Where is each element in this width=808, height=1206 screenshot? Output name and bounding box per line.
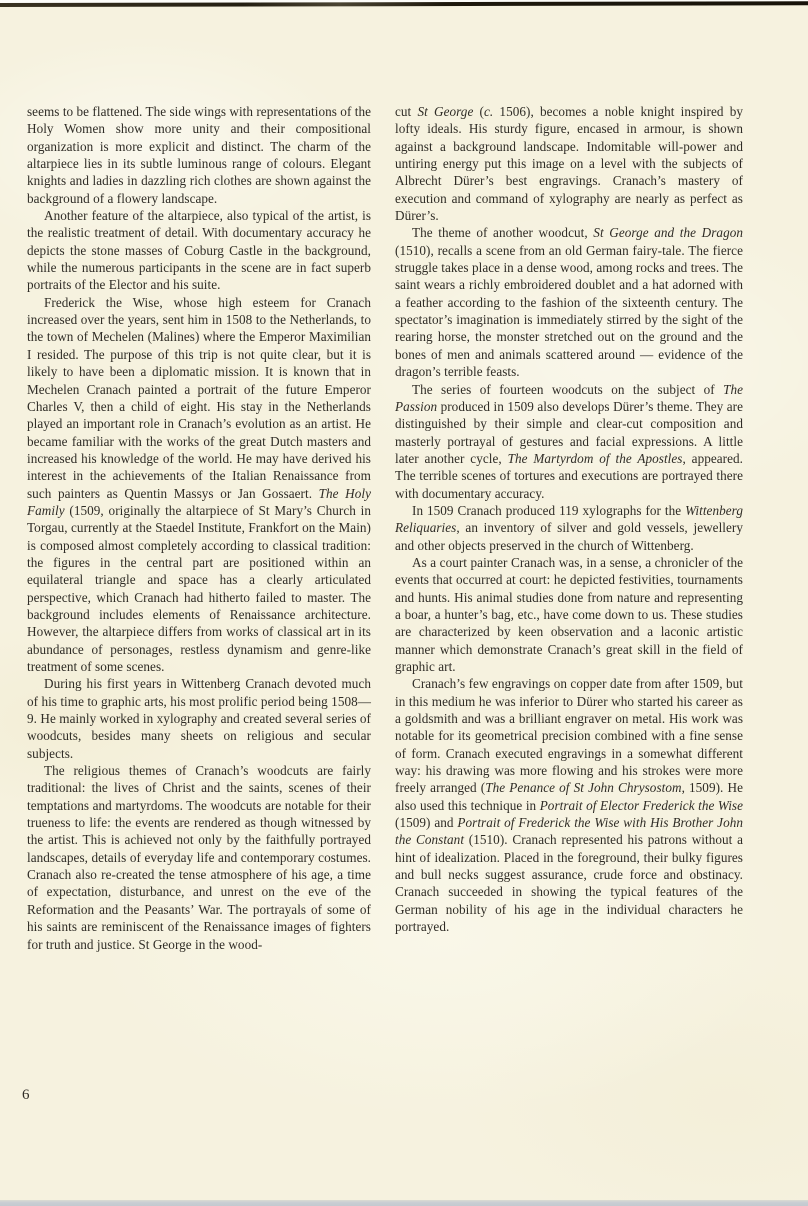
- text-run: (1510). Cranach represented his patrons …: [395, 832, 743, 934]
- paragraph: The series of fourteen woodcuts on the s…: [395, 381, 743, 502]
- paragraph: In 1509 Cranach produced 119 xylographs …: [395, 502, 743, 554]
- paragraph: Cranach’s few engravings on copper date …: [395, 675, 743, 935]
- text-run: The religious themes of Cranach’s woodcu…: [27, 763, 371, 951]
- text-run: The theme of another woodcut,: [412, 225, 593, 240]
- paragraph: cut St George (c. 1506), becomes a noble…: [395, 103, 743, 224]
- paragraph: Another feature of the altarpiece, also …: [27, 207, 371, 294]
- scan-bottom-edge: [0, 1200, 808, 1206]
- text-run: The series of fourteen woodcuts on the s…: [412, 382, 723, 397]
- text-run: As a court painter Cranach was, in a sen…: [395, 555, 743, 674]
- text-run: (: [473, 104, 484, 119]
- left-text-column: seems to be flattened. The side wings wi…: [27, 103, 371, 953]
- text-run: (1510), recalls a scene from an old Germ…: [395, 243, 743, 379]
- italic-text-run: c.: [484, 104, 493, 119]
- paragraph: The religious themes of Cranach’s woodcu…: [27, 762, 371, 953]
- book-page: seems to be flattened. The side wings wi…: [0, 3, 808, 1200]
- text-run: Frederick the Wise, whose high esteem fo…: [27, 295, 371, 501]
- page-number: 6: [22, 1087, 30, 1104]
- text-run: Cranach’s few engravings on copper date …: [395, 676, 743, 795]
- text-run: In 1509 Cranach produced 119 xylographs …: [412, 503, 685, 518]
- right-text-column: cut St George (c. 1506), becomes a noble…: [395, 103, 743, 936]
- text-run: (1509) and: [395, 815, 457, 830]
- paragraph: The theme of another woodcut, St George …: [395, 224, 743, 380]
- italic-text-run: St George and the Dragon: [593, 225, 743, 240]
- italic-text-run: The Penance of St John Chrysostom: [485, 780, 681, 795]
- italic-text-run: The Martyrdom of the Apostles: [508, 451, 683, 466]
- text-run: 1506), becomes a noble knight inspired b…: [395, 104, 743, 223]
- text-run: seems to be flattened. The side wings wi…: [27, 104, 371, 206]
- italic-text-run: Portrait of Elector Frederick the Wise: [540, 798, 743, 813]
- paragraph: Frederick the Wise, whose high esteem fo…: [27, 294, 371, 676]
- italic-text-run: St George: [417, 104, 473, 119]
- text-run: Another feature of the altarpiece, also …: [27, 208, 371, 292]
- text-run: During his first years in Wittenberg Cra…: [27, 676, 371, 760]
- paragraph: seems to be flattened. The side wings wi…: [27, 103, 371, 207]
- paragraph: As a court painter Cranach was, in a sen…: [395, 554, 743, 675]
- text-run: (1509, originally the altarpiece of St M…: [27, 503, 371, 674]
- text-run: cut: [395, 104, 417, 119]
- paragraph: During his first years in Wittenberg Cra…: [27, 675, 371, 762]
